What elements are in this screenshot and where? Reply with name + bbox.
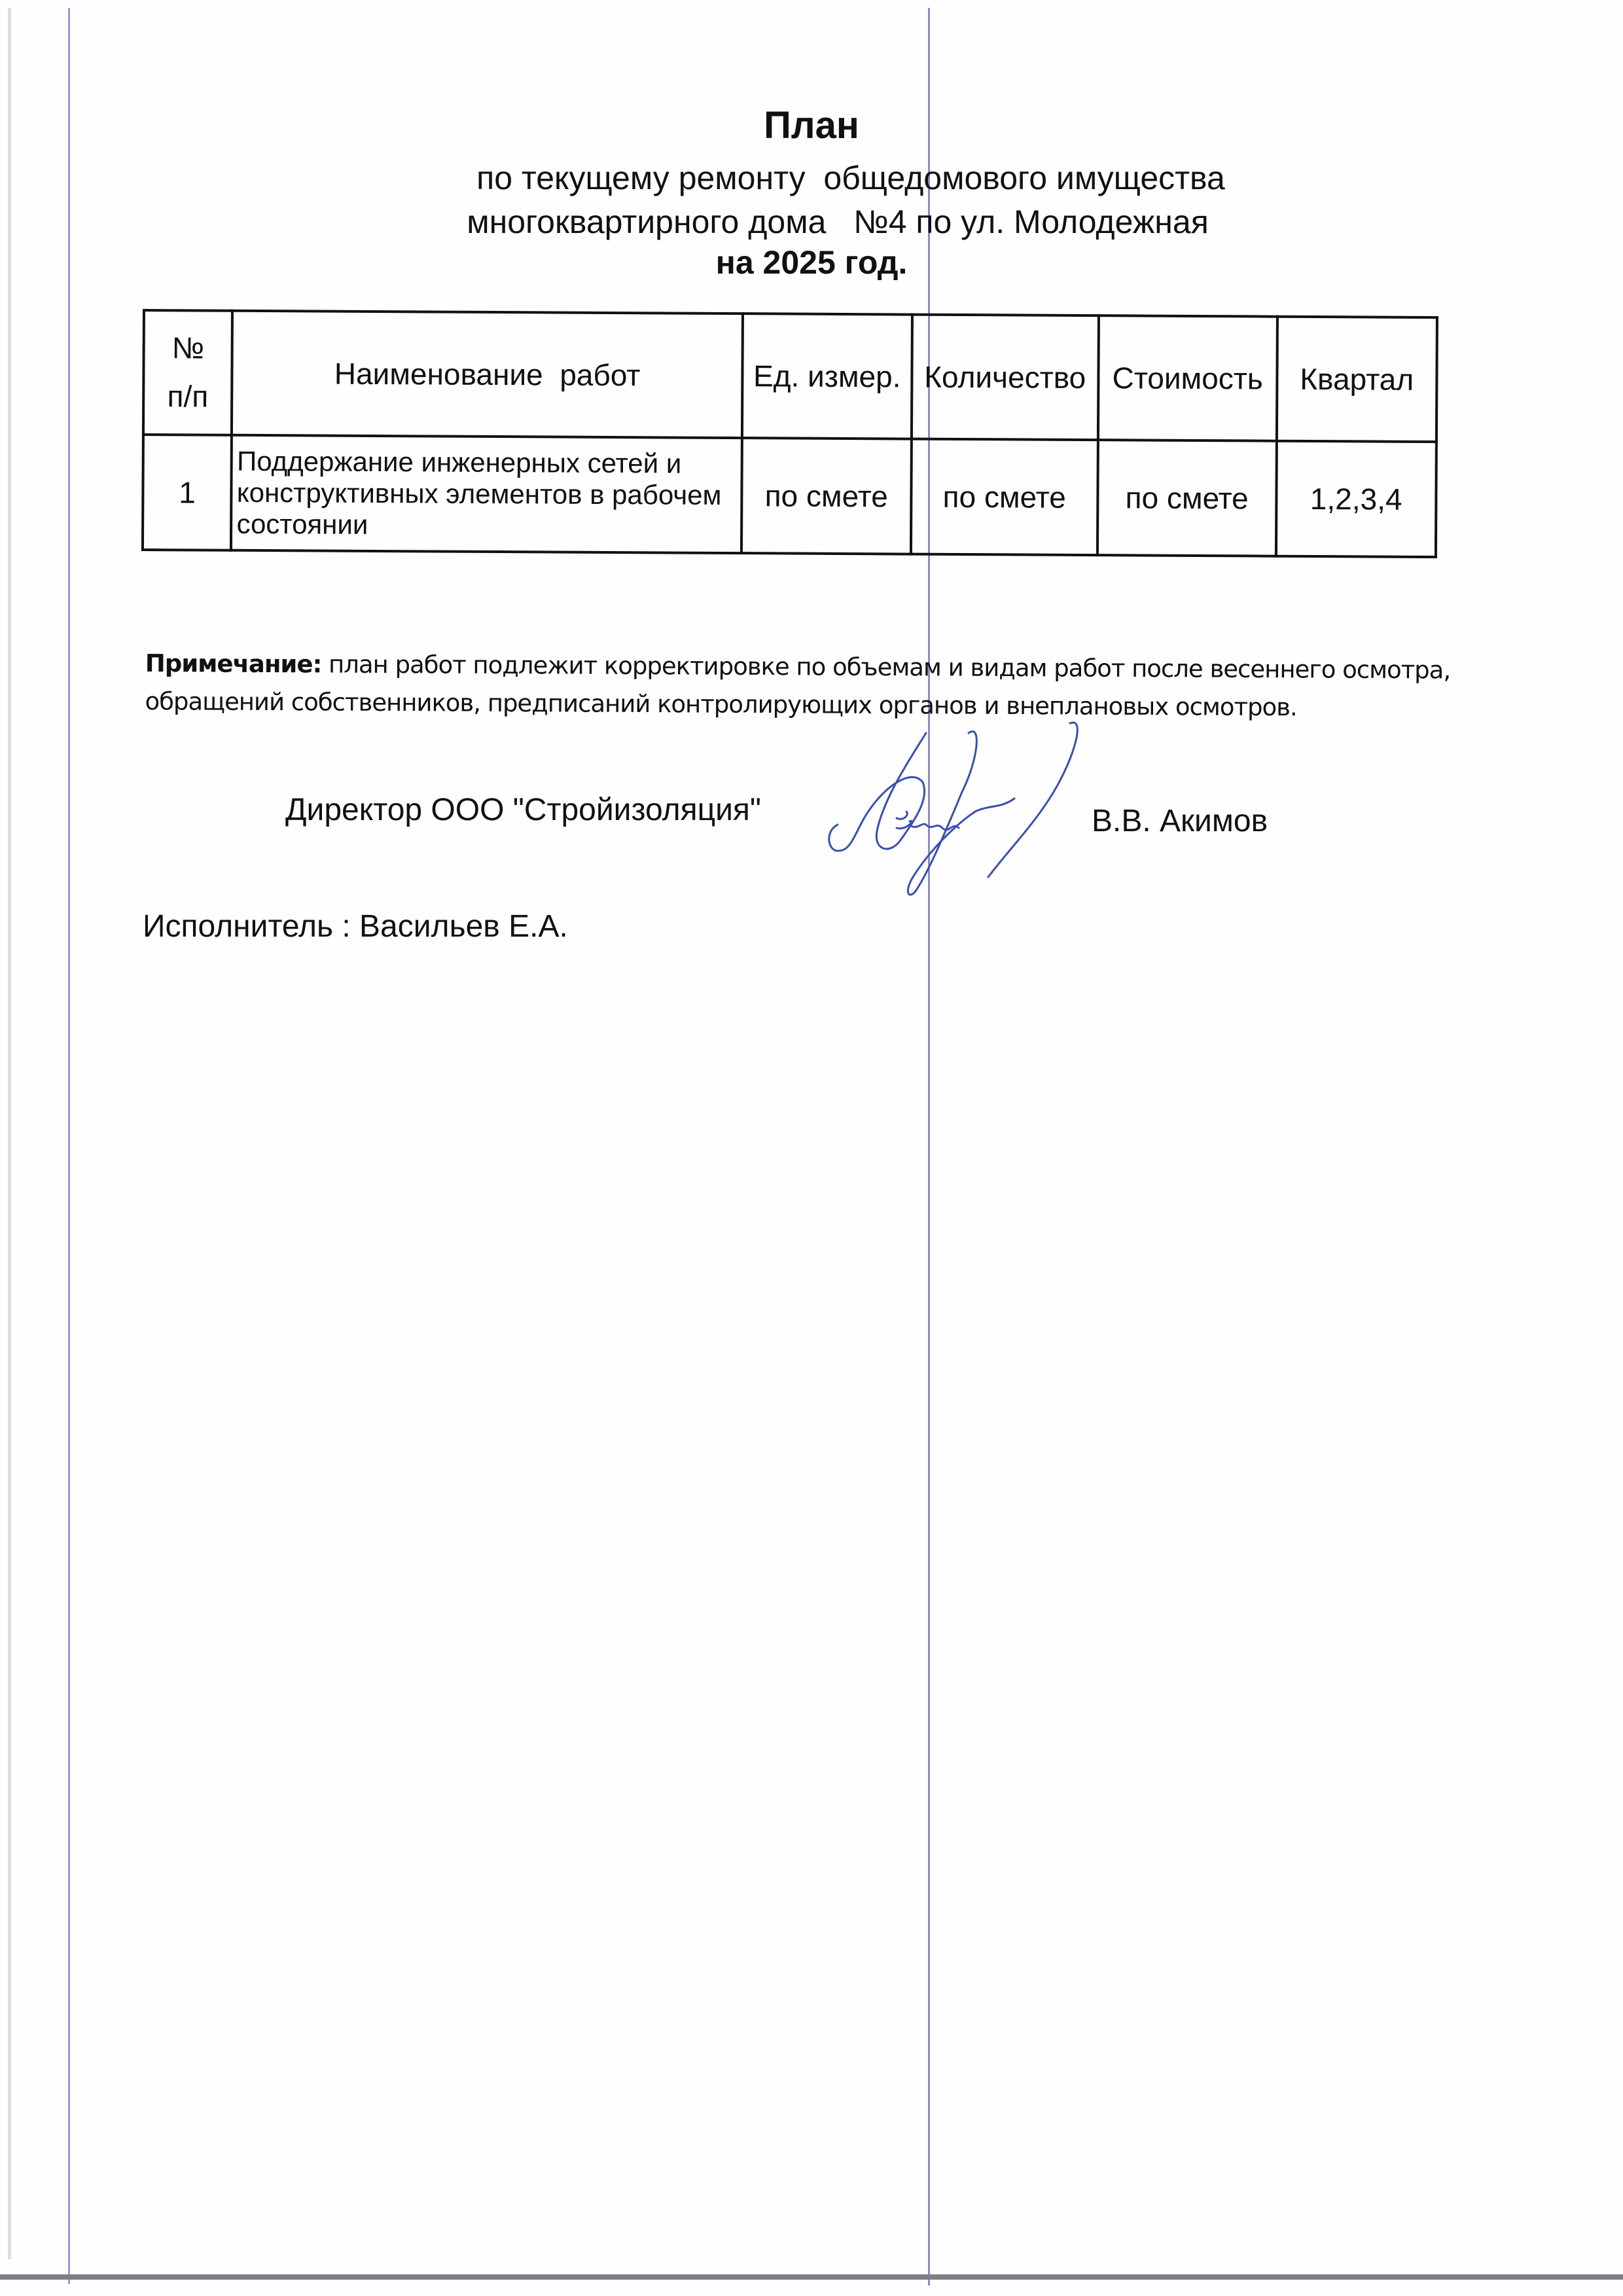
note-label: Примечание: — [145, 649, 322, 678]
document-subtitle-line1: по текущему ремонту общедомового имущест… — [39, 159, 1623, 197]
note-paragraph: Примечание: план работ подлежит корректи… — [145, 645, 1454, 727]
header-work-name: Наименование работ — [232, 311, 743, 438]
header-cost: Стоимость — [1098, 315, 1277, 441]
director-title: Директор ООО "Стройизоляция" — [285, 792, 761, 828]
executor-line: Исполнитель : Васильев Е.А. — [143, 908, 568, 944]
header-unit: Ед. измер. — [742, 314, 912, 439]
cell-quarter: 1,2,3,4 — [1276, 441, 1436, 557]
document-subtitle-line2: многоквартирного дома №4 по ул. Молодежн… — [26, 203, 1623, 241]
header-quantity: Количество — [912, 315, 1099, 440]
header-number-sign: № — [149, 324, 227, 372]
scan-edge-left — [8, 8, 11, 2259]
repair-plan-table: № п/п Наименование работ Ед. измер. Коли… — [141, 309, 1438, 558]
table-header-row: № п/п Наименование работ Ед. измер. Коли… — [143, 310, 1437, 442]
note-text: план работ подлежит корректировке по объ… — [145, 650, 1450, 721]
cell-work-name: Поддержание инженерных сетей и конструкт… — [231, 435, 742, 553]
header-quarter: Квартал — [1277, 317, 1437, 442]
cell-unit: по смете — [741, 438, 912, 554]
scan-edge-bottom — [0, 2274, 1623, 2280]
header-number-label: п/п — [149, 372, 227, 421]
document-year: на 2025 год. — [0, 243, 1623, 281]
cell-quantity: по смете — [911, 439, 1098, 556]
director-name: В.В. Акимов — [1092, 803, 1268, 839]
table-row: 1 Поддержание инженерных сетей и констру… — [143, 435, 1436, 557]
cell-cost: по смете — [1097, 440, 1277, 556]
cell-number: 1 — [143, 435, 232, 550]
header-number: № п/п — [143, 310, 232, 435]
scan-fold-line-left — [68, 8, 70, 2284]
document-title: План — [0, 103, 1623, 147]
